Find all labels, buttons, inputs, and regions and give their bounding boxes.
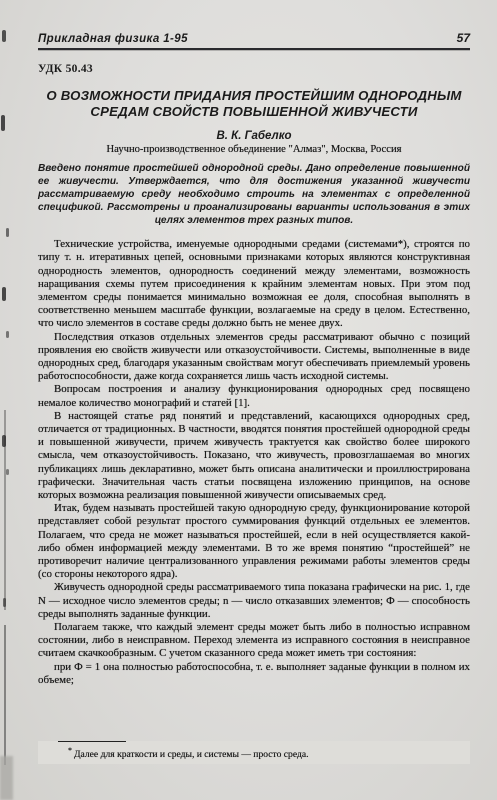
scan-edge-line — [4, 625, 6, 765]
body-paragraph: Полагаем также, что каждый элемент среды… — [38, 621, 470, 661]
page-number: 57 — [457, 31, 470, 45]
footnote-text: Далее для краткости и среды, и системы —… — [74, 749, 309, 760]
scan-artifact — [6, 331, 9, 338]
scan-artifact — [1, 115, 5, 131]
scan-artifact — [6, 469, 9, 475]
header-rule — [38, 48, 470, 50]
author-name: В. К. Габелко — [38, 130, 470, 142]
article-body: Технические устройства, именуемые одноро… — [38, 238, 470, 687]
footnote-rule — [58, 741, 126, 742]
body-paragraph: Последствия отказов отдельных элементов … — [38, 331, 470, 384]
article-title-line-2: СРЕДАМ СВОЙСТВ ПОВЫШЕННОЙ ЖИВУЧЕСТИ — [90, 104, 417, 119]
footnote: *Далее для краткости и среды, и системы … — [38, 745, 470, 760]
footnote-block: *Далее для краткости и среды, и системы … — [38, 741, 470, 764]
scan-artifact — [2, 435, 6, 447]
article-title: О ВОЗМОЖНОСТИ ПРИДАНИЯ ПРОСТЕЙШИМ ОДНОРО… — [38, 88, 470, 120]
body-paragraph: при Ф = 1 она полностью работоспособна, … — [38, 661, 470, 687]
scanned-journal-page: Прикладная физика 1-95 57 УДК 50.43 О ВО… — [0, 0, 497, 800]
body-paragraph: Живучесть однородной среды рассматриваем… — [38, 581, 470, 621]
udc-code: УДК 50.43 — [38, 63, 470, 75]
journal-title: Прикладная физика 1-95 — [38, 33, 188, 45]
scan-artifact — [6, 228, 9, 237]
body-paragraph: Итак, будем называть простейшей такую од… — [38, 502, 470, 581]
scan-artifact — [2, 287, 6, 301]
scan-artifact — [2, 30, 6, 42]
footnote-marker: * — [68, 746, 72, 755]
body-paragraph: В настоящей статье ряд понятий и предста… — [38, 410, 470, 502]
article-title-line-1: О ВОЗМОЖНОСТИ ПРИДАНИЯ ПРОСТЕЙШИМ ОДНОРО… — [46, 88, 461, 103]
abstract: Введено понятие простейшей однородной ср… — [38, 162, 470, 227]
body-paragraph: Вопросам построения и анализу функционир… — [38, 383, 470, 409]
running-header: Прикладная физика 1-95 57 — [38, 0, 470, 45]
scan-edge-line — [4, 410, 6, 610]
page-content: Прикладная физика 1-95 57 УДК 50.43 О ВО… — [38, 0, 470, 687]
scan-corner-smudge — [0, 756, 13, 800]
body-paragraph: Технические устройства, именуемые одноро… — [38, 238, 470, 330]
author-affiliation: Научно-производственное объединение "Алм… — [38, 144, 470, 155]
scan-artifact — [3, 598, 6, 607]
